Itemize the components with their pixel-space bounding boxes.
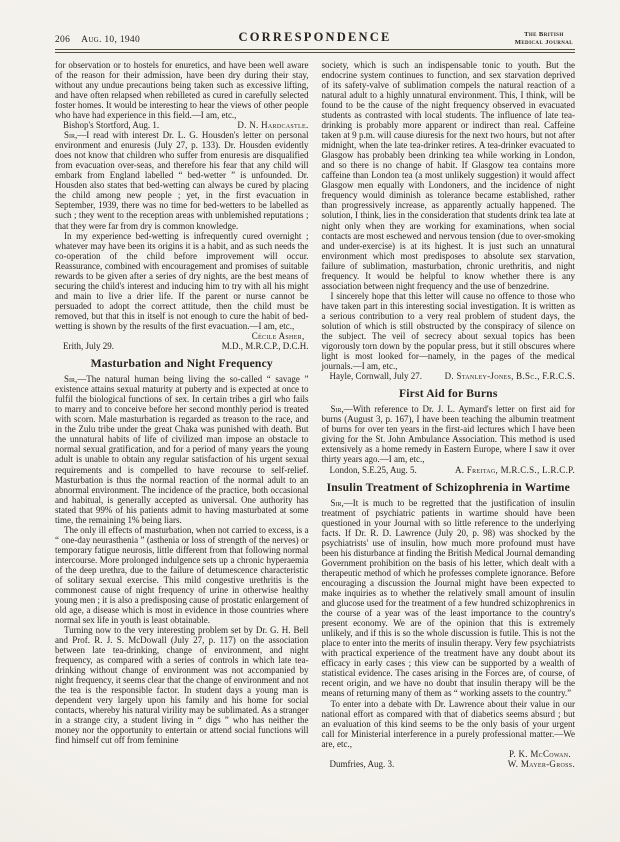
- signature-place: Erith, July 29.: [55, 341, 114, 351]
- journal-name: The British Medical Journal: [515, 31, 573, 47]
- letter-signature: Hayle, Cornwall, July 27. D. Stanley-Jon…: [322, 371, 576, 381]
- letter-paragraph: Sir,—With reference to Dr. J. L. Aymard'…: [322, 404, 576, 464]
- paragraph-text: I sincerely hope that this letter will c…: [322, 291, 576, 371]
- left-column: for observation or to hostels for enuret…: [55, 60, 309, 769]
- signature-name: Cécile Asher,: [55, 331, 309, 341]
- salutation: Sir,—: [331, 498, 353, 508]
- letter-paragraph: society, which is such an indispensable …: [322, 60, 576, 291]
- header-rule: [55, 49, 575, 53]
- letter-signature: Dumfries, Aug. 3. W. Mayer-Gross.: [322, 759, 576, 769]
- letter-paragraph: To enter into a debate with Dr. Lawrence…: [322, 699, 576, 749]
- section-title: CORRESPONDENCE: [55, 30, 575, 45]
- signature-qualifications: M.D., M.R.C.P., D.C.H.: [222, 341, 309, 351]
- signature-name: A. Freitag, M.R.C.S., L.R.C.P.: [455, 465, 575, 475]
- paragraph-text: The natural human being living the so-ca…: [55, 374, 309, 524]
- paragraph-text: In my experience bed-wetting is infreque…: [55, 231, 309, 331]
- letter-paragraph: Sir,—It is much to be regretted that the…: [322, 498, 576, 699]
- paragraph-text: To enter into a debate with Dr. Lawrence…: [322, 699, 576, 749]
- letter-paragraph: for observation or to hostels for enuret…: [55, 60, 309, 120]
- signature-name: D. Stanley-Jones, B.Sc., F.R.C.S.: [445, 371, 575, 381]
- signature-name: W. Mayer-Gross.: [508, 759, 575, 769]
- signature-place: Bishop's Stortford, Aug. 1.: [55, 120, 159, 130]
- salutation: Sir,—: [64, 374, 86, 384]
- letter-paragraph: Turning now to the very interesting prob…: [55, 625, 309, 745]
- signature-place: Dumfries, Aug. 3.: [322, 759, 395, 769]
- paragraph-text: The only ill effects of masturbation, wh…: [55, 525, 309, 625]
- text-columns: for observation or to hostels for enuret…: [55, 60, 575, 769]
- letter-signature: London, S.E.25, Aug. 5. A. Freitag, M.R.…: [322, 465, 576, 475]
- section-heading: Masturbation and Night Frequency: [55, 357, 309, 370]
- paragraph-text: for observation or to hostels for enuret…: [55, 60, 309, 120]
- paragraph-text: With reference to Dr. J. L. Aymard's let…: [322, 404, 576, 464]
- signature-place: London, S.E.25, Aug. 5.: [322, 465, 417, 475]
- letter-signature: Bishop's Stortford, Aug. 1. D. N. Hardca…: [55, 120, 309, 130]
- journal-name-line2: Medical Journal: [515, 39, 573, 47]
- signature-name: D. N. Hardcastle.: [237, 120, 308, 130]
- salutation: Sir,—: [331, 404, 353, 414]
- journal-page: 206Aug. 10, 1940 CORRESPONDENCE The Brit…: [0, 0, 620, 842]
- journal-name-line1: The British: [515, 31, 573, 39]
- letter-paragraph: I sincerely hope that this letter will c…: [322, 291, 576, 371]
- paragraph-text: Turning now to the very interesting prob…: [55, 625, 309, 745]
- letter-paragraph: Sir,—I read with interest Dr. L. G. Hous…: [55, 130, 309, 230]
- salutation: Sir,—: [64, 130, 86, 140]
- paragraph-text: I read with interest Dr. L. G. Housden's…: [55, 130, 309, 230]
- letter-paragraph: The only ill effects of masturbation, wh…: [55, 525, 309, 625]
- section-heading: Insulin Treatment of Schizophrenia in Wa…: [322, 481, 576, 494]
- section-heading: First Aid for Burns: [322, 387, 576, 400]
- signature-name: P. K. McCowan.: [322, 749, 576, 759]
- paragraph-text: It is much to be regretted that the just…: [322, 498, 576, 699]
- signature-place: Hayle, Cornwall, July 27.: [322, 371, 423, 381]
- letter-signature: Erith, July 29. M.D., M.R.C.P., D.C.H.: [55, 341, 309, 351]
- letter-paragraph: In my experience bed-wetting is infreque…: [55, 231, 309, 331]
- masthead: 206Aug. 10, 1940 CORRESPONDENCE The Brit…: [55, 24, 575, 48]
- letter-paragraph: Sir,—The natural human being living the …: [55, 374, 309, 524]
- right-column: society, which is such an indispensable …: [322, 60, 576, 769]
- paragraph-text: society, which is such an indispensable …: [322, 60, 576, 291]
